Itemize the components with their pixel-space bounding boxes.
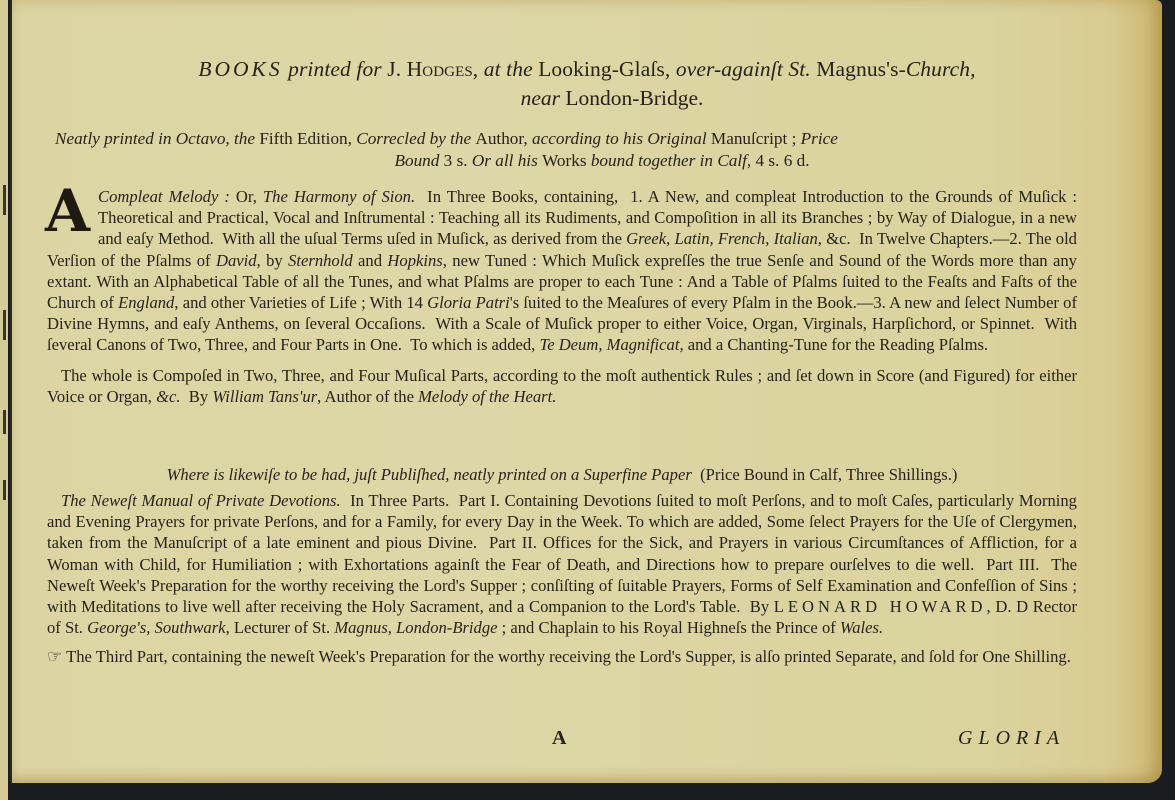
header-part: near — [521, 86, 566, 110]
edition-note-line-2: Bound 3 s. Or all his Works bound togeth… — [12, 151, 1162, 171]
entry-text: Compleat Melody : Or, The Harmony of Sio… — [47, 187, 1077, 354]
header-part: Looking-Glaſs, — [538, 57, 676, 81]
edition-text: according to his Original — [532, 129, 711, 148]
edition-text: 4 s. 6 d. — [756, 151, 810, 170]
header-part: BOOKS — [198, 57, 282, 81]
header-part: printed for — [283, 57, 388, 81]
note-paragraph: ☞ The Third Part, containing the neweſt … — [47, 646, 1077, 667]
header-part: J. Hodges — [387, 57, 473, 81]
entry-paragraph: The Neweſt Manual of Private Devotions. … — [47, 490, 1077, 638]
entry-paragraph: ACompleat Melody : Or, The Harmony of Si… — [47, 186, 1077, 356]
book-page: BOOKS printed for J. Hodges, at the Look… — [10, 0, 1162, 783]
likewise-line: Where is likewiſe to be had, juſt Publiſ… — [47, 464, 1077, 485]
note-text: The Third Part, containing the neweſt We… — [66, 647, 1071, 666]
edition-text: bound together in Calf, — [591, 151, 756, 170]
page-header-line-2: near London-Bridge. — [12, 86, 1162, 111]
header-part: over-againſt St. — [676, 57, 816, 81]
edition-text: Author, — [475, 129, 532, 148]
edition-text: Manuſcript ; — [711, 129, 801, 148]
edition-note-line-1: Neatly printed in Octavo, the Fifth Edit… — [55, 129, 838, 149]
header-part: -Church, — [899, 57, 976, 81]
page-header-line-1: BOOKS printed for J. Hodges, at the Look… — [12, 57, 1162, 82]
header-part: Magnus's — [816, 57, 898, 81]
edition-text: 3 s. — [444, 151, 472, 170]
edition-text: Or all his — [472, 151, 542, 170]
catchword: GLORIA — [958, 727, 1065, 750]
entry-compleat-melody: ACompleat Melody : Or, The Harmony of Si… — [47, 186, 1077, 407]
pointing-hand-icon: ☞ — [47, 647, 62, 666]
header-part: at the — [484, 57, 538, 81]
edition-text: Works — [542, 151, 591, 170]
entry-private-devotions: The Neweſt Manual of Private Devotions. … — [47, 490, 1077, 668]
left-edge-marks — [3, 0, 9, 800]
edition-text: Correcled by the — [356, 129, 475, 148]
header-part: , — [473, 57, 484, 81]
edition-text: the — [234, 129, 259, 148]
edition-text: Bound — [395, 151, 444, 170]
drop-cap: A — [45, 189, 90, 233]
edition-text: Fifth Edition, — [259, 129, 356, 148]
edition-text: Price — [801, 129, 838, 148]
header-part: London-Bridge. — [565, 86, 703, 110]
edition-text: Neatly printed in Octavo, — [55, 129, 234, 148]
entry-composed-paragraph: The whole is Compoſed in Two, Three, and… — [47, 365, 1077, 407]
signature-mark: A — [552, 727, 566, 750]
